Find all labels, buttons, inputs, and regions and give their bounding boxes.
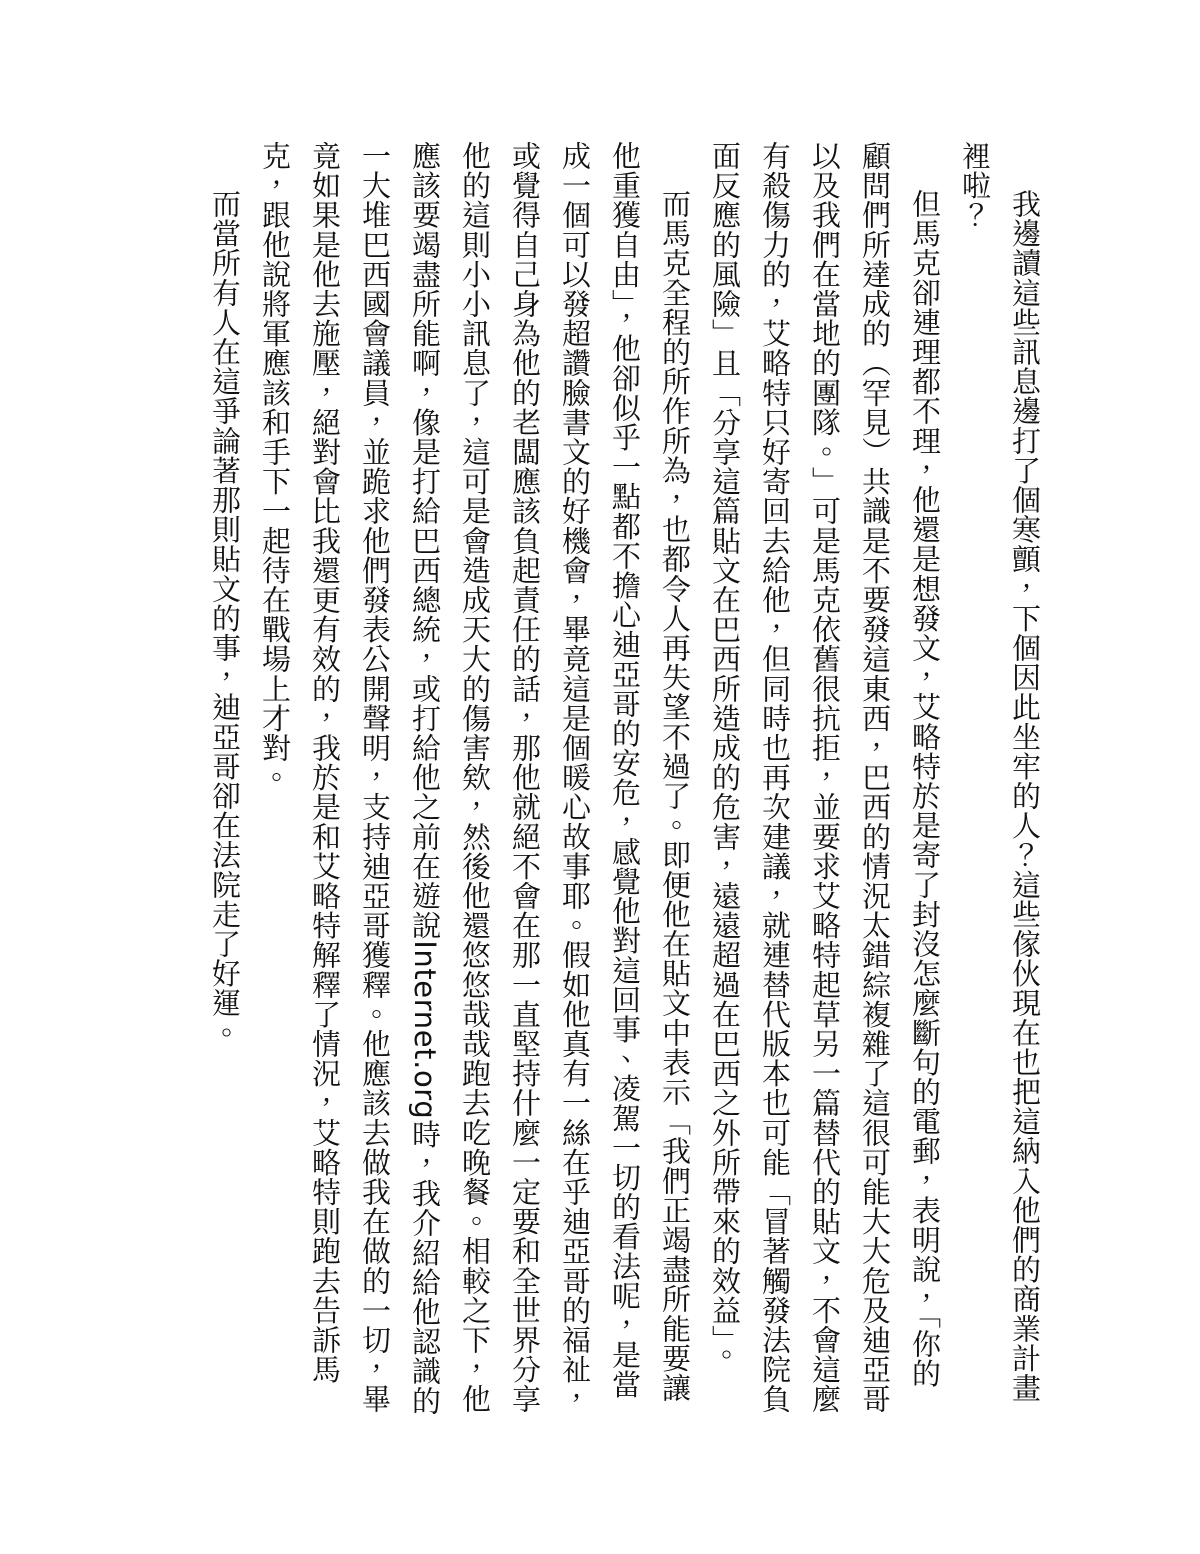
- scanned-page-background: { "page": { "language": "zh-Hant", "layo…: [0, 0, 1200, 1554]
- book-page-text-block: 我邊讀這些訊息邊打了個寒顫，下個因此坐牢的人？這些傢伙現在也把這納入他們的商業計…: [200, 141, 1050, 1416]
- paragraph-2: 但馬克卻連理都不理，他還是想發文，艾略特於是寄了封沒怎麼斷句的電郵，表明說，「你…: [700, 141, 950, 1416]
- paragraph-4: 而當所有人在這爭論著那則貼文的事，迪亞哥卻在法院走了好運。: [200, 141, 250, 1416]
- paragraph-1: 我邊讀這些訊息邊打了個寒顫，下個因此坐牢的人？這些傢伙現在也把這納入他們的商業計…: [950, 141, 1050, 1416]
- paragraph-3: 而馬克全程的所作所為，也都令人再失望不過了。即便他在貼文中表示「我們正竭盡所能要…: [250, 141, 700, 1416]
